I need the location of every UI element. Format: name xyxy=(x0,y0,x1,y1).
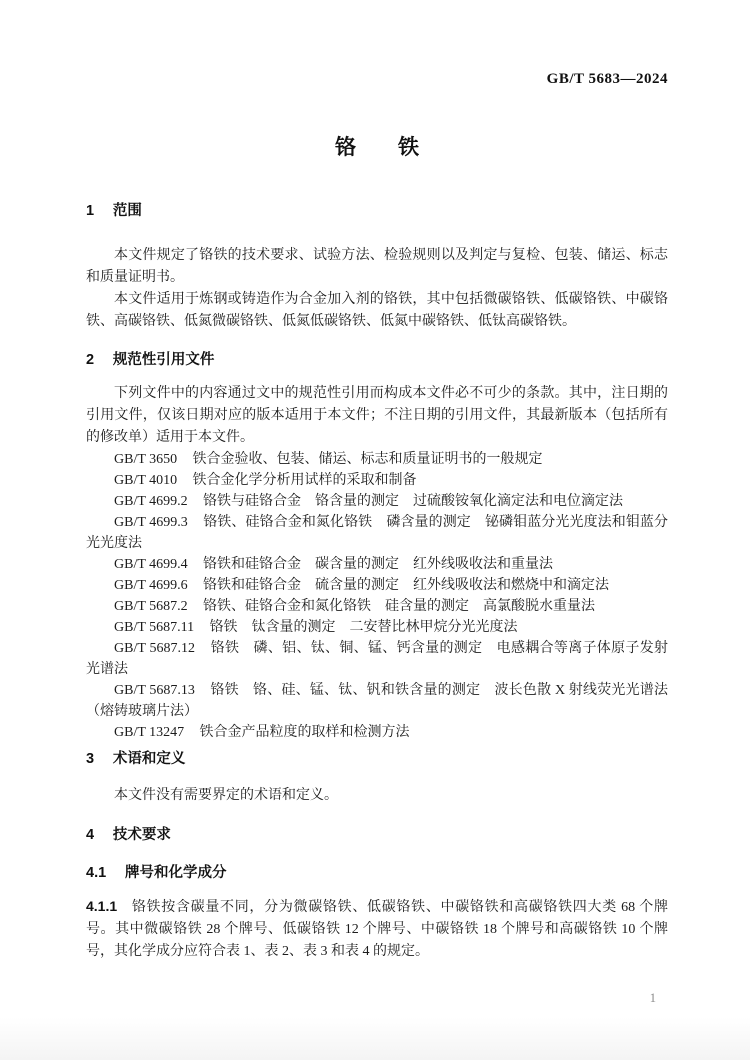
subsection-4-1-title: 牌号和化学成分 xyxy=(125,865,227,881)
reference-item: GB/T 4699.2铬铁与硅铬合金 铬含量的测定 过硫酸铵氧化滴定法和电位滴定… xyxy=(86,491,668,512)
section-3-number: 3 xyxy=(86,749,94,769)
reference-item: GB/T 5687.11铬铁 钛含量的测定 二安替比林甲烷分光光度法 xyxy=(86,617,668,638)
reference-code: GB/T 4010 xyxy=(114,473,177,488)
references-list: GB/T 3650铁合金验收、包装、储运、标志和质量证明书的一般规定 GB/T … xyxy=(86,449,668,743)
reference-code: GB/T 4699.6 xyxy=(114,578,188,593)
paragraph: 本文件规定了铬铁的技术要求、试验方法、检验规则以及判定与复检、包装、储运、标志和… xyxy=(86,245,668,289)
reference-code: GB/T 13247 xyxy=(114,725,184,740)
reference-code: GB/T 5687.13 xyxy=(114,683,195,698)
reference-item: GB/T 4010铁合金化学分析用试样的采取和制备 xyxy=(86,470,668,491)
page-footer: 1 xyxy=(86,989,668,1007)
reference-item: GB/T 4699.3铬铁、硅铬合金和氮化铬铁 磷含量的测定 铋磷钼蓝分光光度法… xyxy=(86,512,668,554)
reference-item: GB/T 5687.13铬铁 铬、硅、锰、钛、钒和铁含量的测定 波长色散 X 射… xyxy=(86,680,668,722)
reference-item: GB/T 5687.2铬铁、硅铬合金和氮化铬铁 硅含量的测定 高氯酸脱水重量法 xyxy=(86,596,668,617)
section-terms-definitions: 3术语和定义 本文件没有需要界定的术语和定义。 xyxy=(86,749,668,807)
section-technical-requirements: 4技术要求 4.1牌号和化学成分 4.1.1铬铁按含碳量不同，分为微碳铬铁、低碳… xyxy=(86,825,668,963)
subsection-4-1-heading: 4.1牌号和化学成分 xyxy=(86,863,668,883)
section-scope: 1范围 本文件规定了铬铁的技术要求、试验方法、检验规则以及判定与复检、包装、储运… xyxy=(86,201,668,333)
reference-title: 铬铁和硅铬合金 硫含量的测定 红外线吸收法和燃烧中和滴定法 xyxy=(203,578,609,593)
section-4-title: 技术要求 xyxy=(113,827,171,843)
subsection-4-1-number: 4.1 xyxy=(86,863,106,883)
clause-4-1-1-text: 铬铁按含碳量不同，分为微碳铬铁、低碳铬铁、中碳铬铁和高碳铬铁四大类 68 个牌号… xyxy=(86,900,668,959)
reference-code: GB/T 5687.12 xyxy=(114,641,195,656)
document-title: 铬 铁 xyxy=(86,133,668,163)
reference-item: GB/T 4699.4铬铁和硅铬合金 碳含量的测定 红外线吸收法和重量法 xyxy=(86,554,668,575)
reference-code: GB/T 5687.11 xyxy=(114,620,194,635)
reference-title: 铬铁与硅铬合金 铬含量的测定 过硫酸铵氧化滴定法和电位滴定法 xyxy=(203,494,623,509)
reference-item: GB/T 5687.12铬铁 磷、铝、钛、铜、锰、钙含量的测定 电感耦合等离子体… xyxy=(86,638,668,680)
section-4-heading: 4技术要求 xyxy=(86,825,668,845)
document-page: GB/T 5683—2024 铬 铁 1范围 本文件规定了铬铁的技术要求、试验方… xyxy=(0,0,750,1060)
reference-code: GB/T 4699.3 xyxy=(114,515,188,530)
reference-title: 铬铁 钛含量的测定 二安替比林甲烷分光光度法 xyxy=(210,620,518,635)
section-2-number: 2 xyxy=(86,350,94,370)
section-1-number: 1 xyxy=(86,201,94,221)
standard-code: GB/T 5683—2024 xyxy=(547,71,668,87)
clause-4-1-1-number: 4.1.1 xyxy=(86,898,117,914)
section-3-title: 术语和定义 xyxy=(113,751,186,767)
page-number: 1 xyxy=(650,991,656,1005)
reference-code: GB/T 3650 xyxy=(114,452,177,467)
section-4-number: 4 xyxy=(86,825,94,845)
reference-code: GB/T 4699.4 xyxy=(114,557,188,572)
reference-title: 铬铁、硅铬合金和氮化铬铁 硅含量的测定 高氯酸脱水重量法 xyxy=(203,599,595,614)
reference-title: 铁合金化学分析用试样的采取和制备 xyxy=(193,473,417,488)
paragraph: 本文件没有需要界定的术语和定义。 xyxy=(86,785,668,807)
section-1-title: 范围 xyxy=(113,203,142,219)
reference-code: GB/T 5687.2 xyxy=(114,599,188,614)
paragraph: 下列文件中的内容通过文中的规范性引用而构成本文件必不可少的条款。其中，注日期的引… xyxy=(86,383,668,449)
section-2-title: 规范性引用文件 xyxy=(113,352,215,368)
reference-title: 铁合金产品粒度的取样和检测方法 xyxy=(200,725,410,740)
reference-item: GB/T 13247铁合金产品粒度的取样和检测方法 xyxy=(86,722,668,743)
reference-code: GB/T 4699.2 xyxy=(114,494,188,509)
reference-item: GB/T 4699.6铬铁和硅铬合金 硫含量的测定 红外线吸收法和燃烧中和滴定法 xyxy=(86,575,668,596)
section-3-heading: 3术语和定义 xyxy=(86,749,668,769)
paragraph: 本文件适用于炼钢或铸造作为合金加入剂的铬铁，其中包括微碳铬铁、低碳铬铁、中碳铬铁… xyxy=(86,289,668,333)
section-1-heading: 1范围 xyxy=(86,201,668,221)
reference-title: 铁合金验收、包装、储运、标志和质量证明书的一般规定 xyxy=(193,452,543,467)
section-normative-references: 2规范性引用文件 下列文件中的内容通过文中的规范性引用而构成本文件必不可少的条款… xyxy=(86,350,668,743)
doc-header: GB/T 5683—2024 xyxy=(86,70,668,88)
reference-title: 铬铁和硅铬合金 碳含量的测定 红外线吸收法和重量法 xyxy=(203,557,553,572)
reference-item: GB/T 3650铁合金验收、包装、储运、标志和质量证明书的一般规定 xyxy=(86,449,668,470)
section-2-heading: 2规范性引用文件 xyxy=(86,350,668,370)
clause-4-1-1: 4.1.1铬铁按含碳量不同，分为微碳铬铁、低碳铬铁、中碳铬铁和高碳铬铁四大类 6… xyxy=(86,895,668,963)
